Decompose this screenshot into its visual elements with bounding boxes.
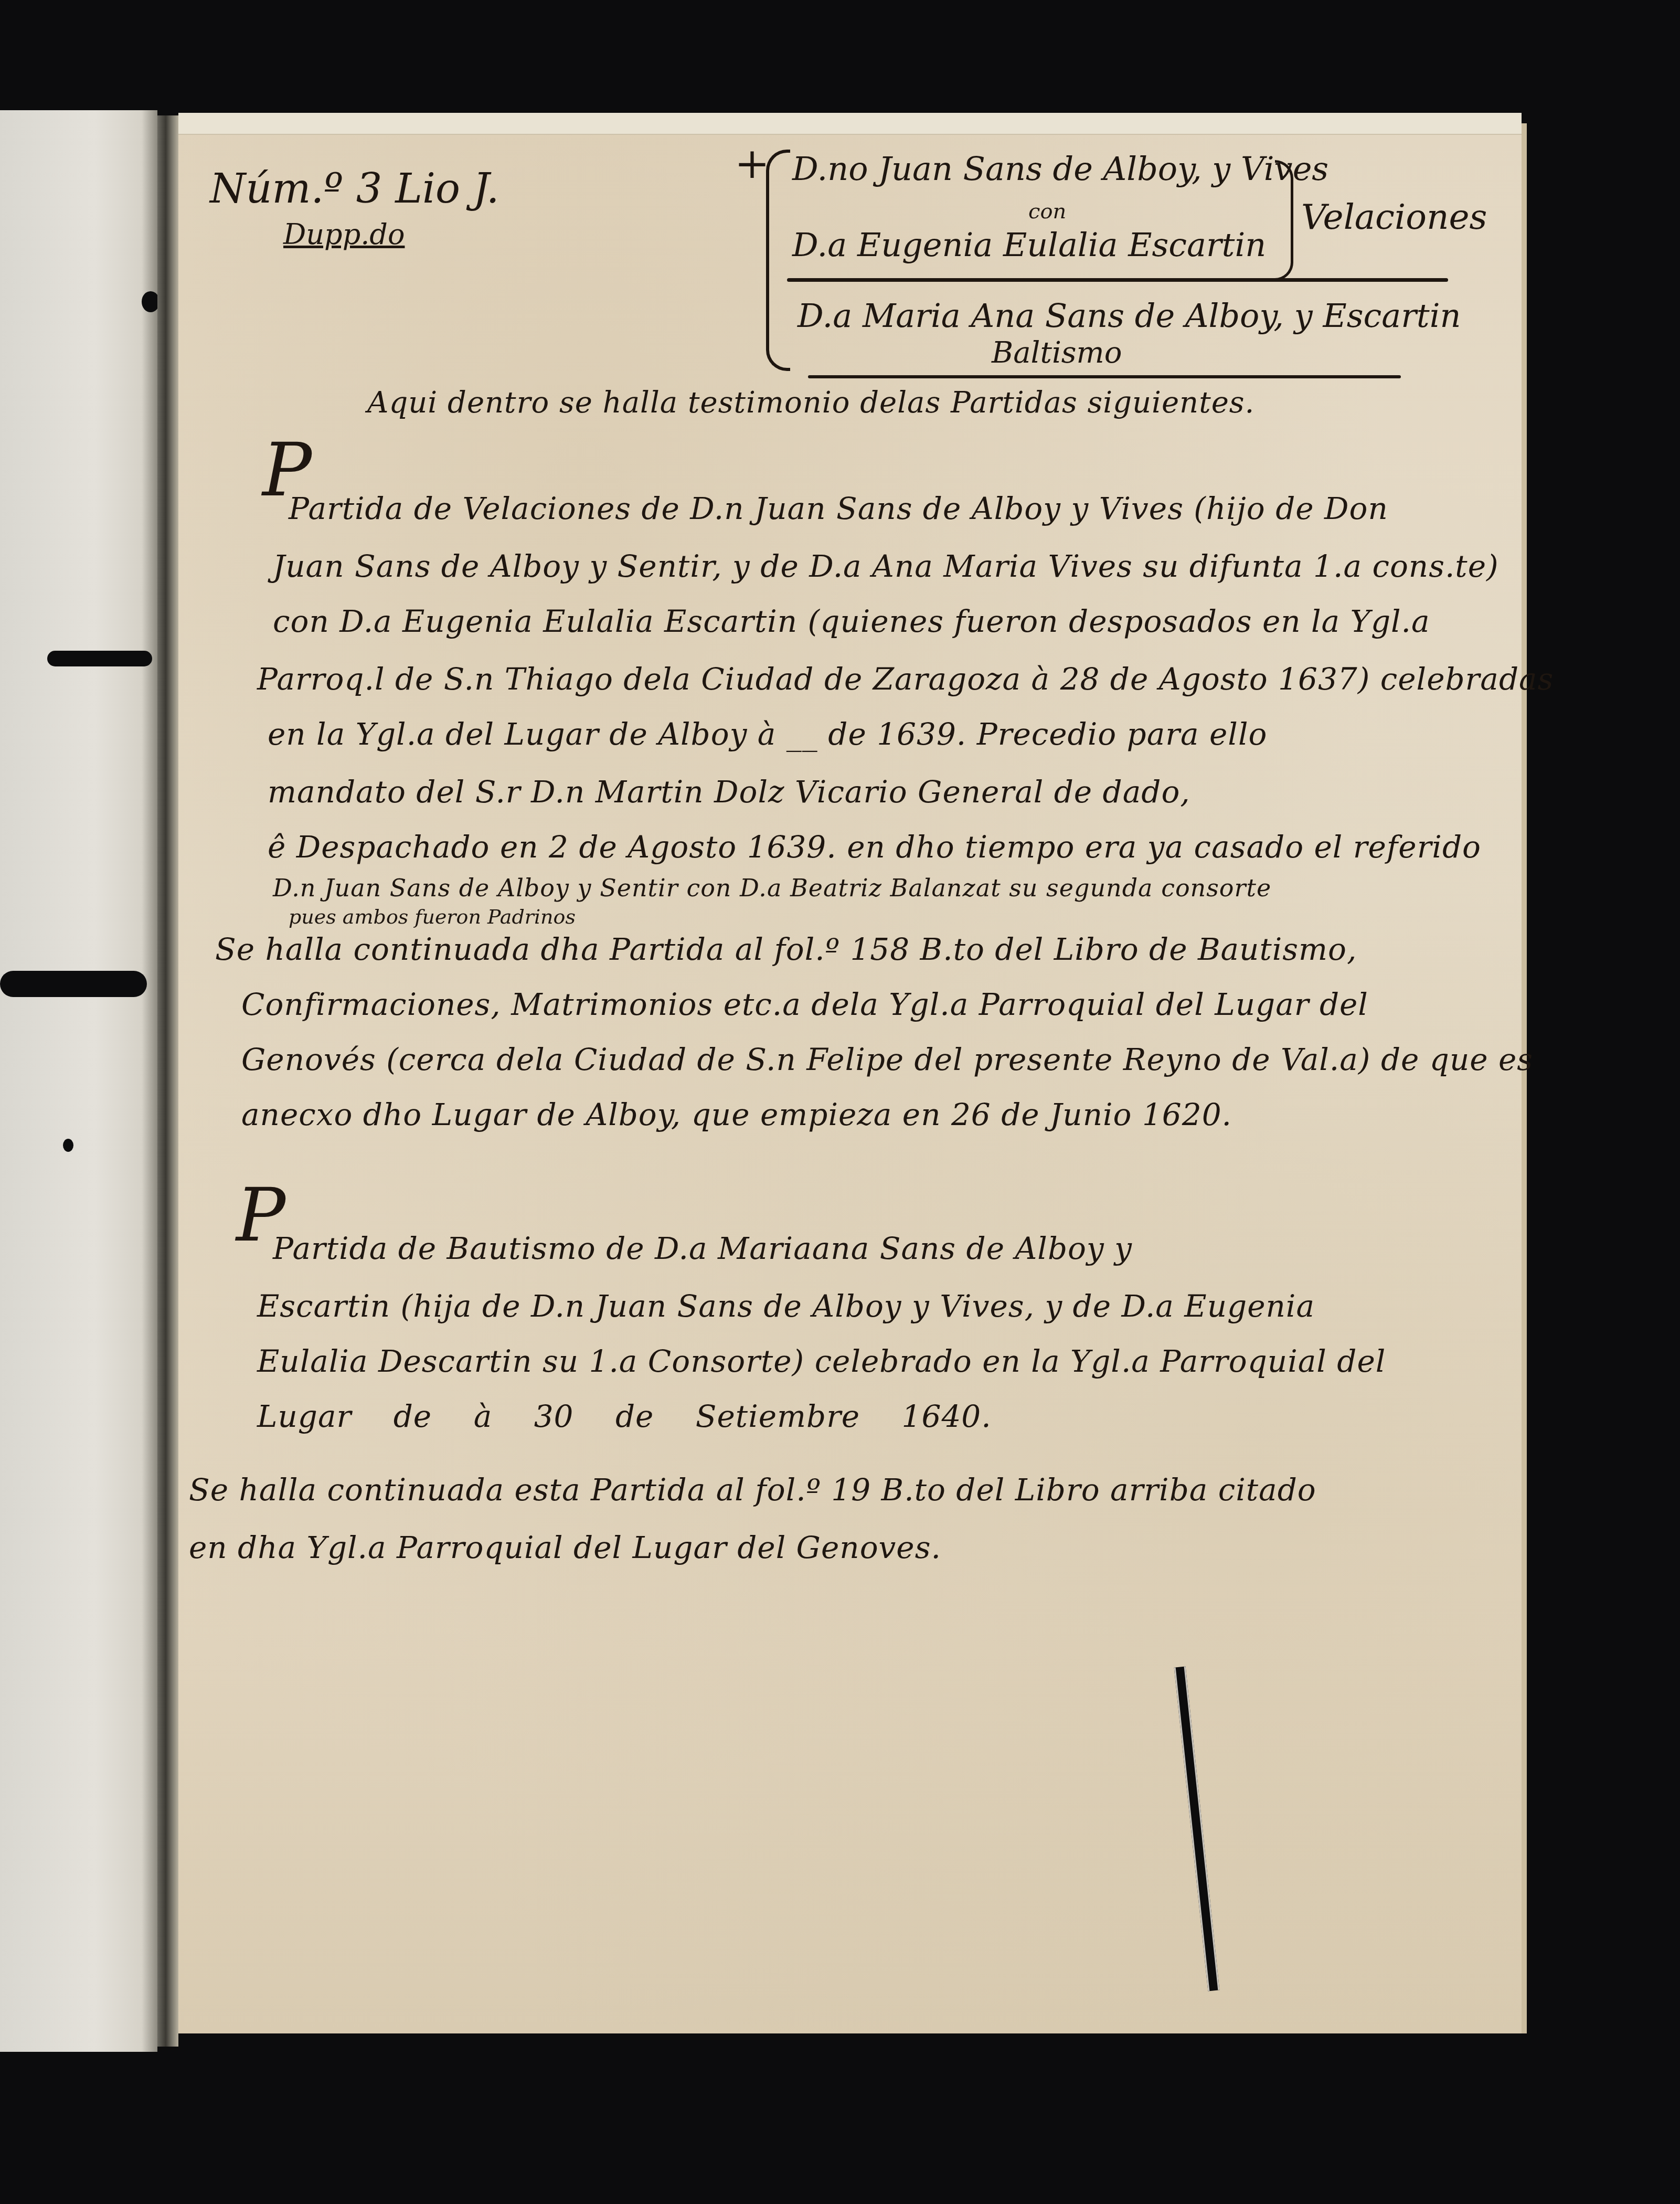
note-line: Genovés (cerca dela Ciudad de S.n Felipe… (241, 1042, 1533, 1077)
entry-line: con D.a Eugenia Eulalia Escartin (quiene… (273, 603, 1430, 639)
event-bautismo: Baltismo (992, 336, 1122, 370)
ink-stain (47, 651, 152, 666)
note-line: Confirmaciones, Matrimonios etc.a dela Y… (241, 987, 1368, 1022)
note-line: en dha Ygl.a Parroquial del Lugar del Ge… (189, 1530, 941, 1565)
worm-hole (142, 291, 160, 312)
reference-number: Núm.º 3 Lio J. (210, 165, 499, 213)
marriage-brace (1275, 160, 1293, 281)
duplicate-note: Dupp.do (283, 218, 405, 251)
entry-line: Escartin (hija de D.n Juan Sans de Alboy… (257, 1288, 1315, 1324)
ink-stain (0, 971, 147, 997)
intro-line: Aqui dentro se halla testimonio delas Pa… (367, 386, 1254, 420)
entry-line: Juan Sans de Alboy y Sentir, y de D.a An… (273, 548, 1499, 584)
note-line: Se halla continuada dha Partida al fol.º… (215, 931, 1357, 967)
book-gutter (157, 115, 178, 2047)
cross-mark: + (735, 139, 770, 188)
paper-top-edge (178, 113, 1522, 135)
entry-line: Eulalia Descartin su 1.a Consorte) celeb… (257, 1343, 1386, 1379)
note-line: Se halla continuada esta Partida al fol.… (189, 1472, 1316, 1508)
entry-line: ê Despachado en 2 de Agosto 1639. en dho… (268, 829, 1481, 865)
ink-stain (63, 1139, 73, 1152)
entry-line: Partida de Bautismo de D.a Mariaana Sans… (273, 1231, 1132, 1266)
connector-con: con (1028, 199, 1066, 224)
facing-left-page (0, 110, 157, 2052)
summary-divider (787, 278, 1448, 282)
groom-name: D.no Juan Sans de Alboy, y Vives (792, 150, 1328, 188)
entry-line: Partida de Velaciones de D.n Juan Sans d… (289, 491, 1388, 526)
entry-line: mandato del S.r D.n Martin Dolz Vicario … (268, 774, 1190, 810)
summary-bottom-rule (808, 375, 1401, 378)
paper-tear (1174, 1667, 1220, 1991)
entry-line: en la Ygl.a del Lugar de Alboy à __ de 1… (268, 716, 1267, 752)
interlinear-note: pues ambos fueron Padrinos (289, 905, 576, 928)
child-name: D.a Maria Ana Sans de Alboy, y Escartin (798, 296, 1461, 335)
bride-name: D.a Eugenia Eulalia Escartin (792, 226, 1266, 264)
entry-line: Lugar de à 30 de Setiembre 1640. (257, 1398, 992, 1434)
note-line: anecxo dho Lugar de Alboy, que empieza e… (241, 1097, 1232, 1132)
event-velaciones: Velaciones (1301, 197, 1487, 237)
entry-line: Parroq.l de S.n Thiago dela Ciudad de Za… (257, 661, 1554, 697)
manuscript-page: Núm.º 3 Lio J. Dupp.do + D.no Juan Sans … (178, 123, 1527, 2033)
entry-line: D.n Juan Sans de Alboy y Sentir con D.a … (273, 874, 1271, 902)
summary-bracket (766, 150, 790, 371)
